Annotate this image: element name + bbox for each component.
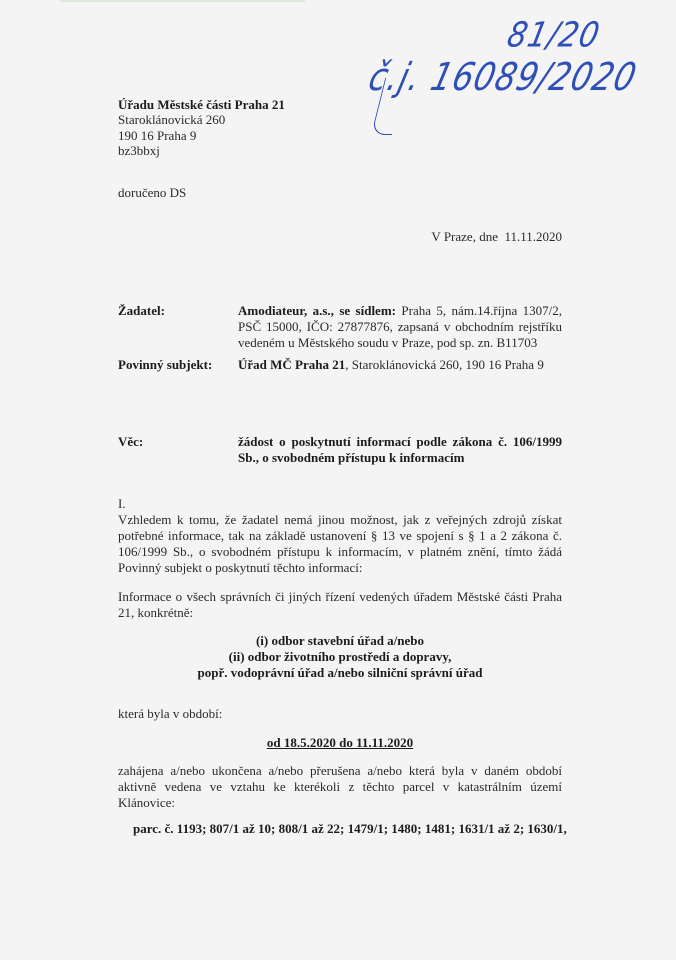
period-intro: která byla v období: [118, 706, 222, 722]
subject-text: žádost o poskytnutí informací podle záko… [238, 434, 562, 466]
period-range: od 18.5.2020 do 11.11.2020 [118, 735, 562, 751]
recipient-name: Úřadu Městské části Praha 21 [118, 97, 285, 113]
obliged-details: , Staroklánovická 260, 190 16 Praha 9 [345, 357, 544, 372]
delivery-note: doručeno DS [118, 185, 186, 201]
period-text: od 18.5.2020 do 11.11.2020 [267, 735, 413, 750]
recipient-street: Staroklánovická 260 [118, 112, 225, 128]
department-3: popř. vodoprávní úřad a/nebo silniční sp… [118, 665, 562, 681]
handwritten-number: 81/20 [504, 15, 604, 55]
subject-label: Věc: [118, 434, 143, 450]
obliged-label: Povinný subjekt: [118, 357, 212, 373]
paragraph-3: zahájena a/nebo ukončena a/nebo přerušen… [118, 763, 562, 811]
applicant-label: Žadatel: [118, 303, 165, 319]
obliged-name: Úřad MČ Praha 21 [238, 357, 345, 372]
department-1: (i) odbor stavební úřad a/nebo [118, 633, 562, 649]
parcel-list: parc. č. 1193; 807/1 až 10; 808/1 až 22;… [133, 821, 567, 837]
date-line: V Praze, dne 11.11.2020 [118, 229, 562, 245]
paragraph-2: Informace o všech správních či jiných ří… [118, 589, 562, 621]
section-number: I. [118, 496, 126, 512]
recipient-city: 190 16 Praha 9 [118, 128, 196, 144]
scan-edge-line [60, 0, 305, 2]
department-2: (ii) odbor životního prostředí a dopravy… [118, 649, 562, 665]
handwritten-reference: č.j. 16089/2020 [364, 54, 641, 100]
obliged-block: Úřad MČ Praha 21, Staroklánovická 260, 1… [238, 357, 544, 373]
applicant-block: Amodiateur, a.s., se sídlem: Praha 5, ná… [238, 303, 562, 351]
applicant-name: Amodiateur, a.s., se sídlem: [238, 303, 396, 318]
paragraph-1: Vzhledem k tomu, že žadatel nemá jinou m… [118, 512, 562, 576]
recipient-ds-id: bz3bbxj [118, 143, 160, 159]
